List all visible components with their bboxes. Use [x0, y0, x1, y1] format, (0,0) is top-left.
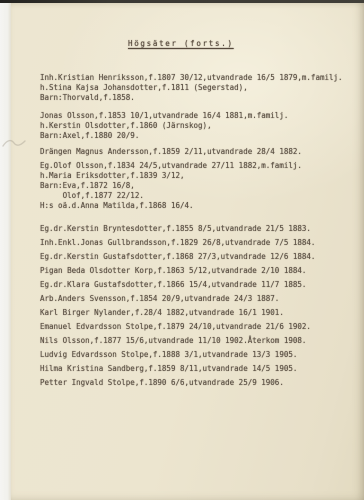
- entry-line: Barn:Eva,f.1872 16/8,: [40, 181, 364, 191]
- entry-line: Barn:Axel,f.1880 20/9.: [40, 131, 364, 141]
- entry-line: h.Kerstin Olsdotter,f.1860 (Järnskog),: [40, 121, 364, 131]
- scanned-document-page: Högsäter (forts.) Inh.Kristian Henriksso…: [0, 0, 364, 500]
- entry: Arb.Anders Svensson,f.1854 20/9,utvandra…: [40, 294, 364, 304]
- entry: Hilma Kristina Sandberg,f.1859 8/11,utva…: [40, 364, 364, 374]
- entry-line: Arb.Anders Svensson,f.1854 20/9,utvandra…: [40, 294, 364, 304]
- entry-line: H:s oä.d.Anna Matilda,f.1868 16/4.: [40, 201, 364, 211]
- entry: Eg.dr.Kerstin Gustafsdotter,f.1868 27/3,…: [40, 252, 364, 262]
- entry: Jonas Olsson,f.1853 10/1,utvandrade 16/4…: [40, 111, 364, 141]
- entry-line: Barn:Thorvald,f.1858.: [40, 93, 364, 103]
- entry-line: Eg.dr.Klara Gustafsdotter,f.1866 15/4,ut…: [40, 280, 364, 290]
- entry-line: h.Stina Kajsa Johansdotter,f.1811 (Seger…: [40, 83, 364, 93]
- entry: Eg.dr.Klara Gustafsdotter,f.1866 15/4,ut…: [40, 280, 364, 290]
- entry: Eg.Olof Olsson,f.1834 24/5,utvandrade 27…: [40, 161, 364, 211]
- entry-list: Inh.Kristian Henriksson,f.1807 30/12,utv…: [40, 73, 364, 388]
- page-title: Högsäter (forts.): [128, 39, 234, 49]
- entry-line: Eg.Olof Olsson,f.1834 24/5,utvandrade 27…: [40, 161, 364, 171]
- entry: Eg.dr.Kerstin Bryntesdotter,f.1855 8/5,u…: [40, 224, 364, 234]
- entry-line: Drängen Magnus Andersson,f.1859 2/11,utv…: [40, 147, 364, 157]
- entry: Drängen Magnus Andersson,f.1859 2/11,utv…: [40, 147, 364, 157]
- entry-line: Emanuel Edvardsson Stolpe,f.1879 24/10,u…: [40, 322, 364, 332]
- entry: Ludvig Edvardsson Stolpe,f.1888 3/1,utva…: [40, 350, 364, 360]
- entry: Karl Birger Nylander,f.28/4 1882,utvandr…: [40, 308, 364, 318]
- entry-line: Inh.Enkl.Jonas Gullbrandsson,f.1829 26/8…: [40, 238, 364, 248]
- entry: Nils Olsson,f.1877 15/6,utvandrade 11/10…: [40, 336, 364, 346]
- entry: Inh.Kristian Henriksson,f.1807 30/12,utv…: [40, 73, 364, 103]
- entry-line: Olof,f.1877 22/12.: [40, 191, 364, 201]
- entry-line: Eg.dr.Kerstin Gustafsdotter,f.1868 27/3,…: [40, 252, 364, 262]
- entry-line: Ludvig Edvardsson Stolpe,f.1888 3/1,utva…: [40, 350, 364, 360]
- entry-line: Inh.Kristian Henriksson,f.1807 30/12,utv…: [40, 73, 364, 83]
- entry-line: Eg.dr.Kerstin Bryntesdotter,f.1855 8/5,u…: [40, 224, 364, 234]
- entry: Emanuel Edvardsson Stolpe,f.1879 24/10,u…: [40, 322, 364, 332]
- entry-line: Karl Birger Nylander,f.28/4 1882,utvandr…: [40, 308, 364, 318]
- pencil-mark: [1, 135, 27, 151]
- paper: Högsäter (forts.) Inh.Kristian Henriksso…: [11, 3, 364, 500]
- entry: Inh.Enkl.Jonas Gullbrandsson,f.1829 26/8…: [40, 238, 364, 248]
- entry-line: Pigan Beda Olsdotter Korp,f.1863 5/12,ut…: [40, 266, 364, 276]
- entry-line: Petter Ingvald Stolpe,f.1890 6/6,utvandr…: [40, 378, 364, 388]
- entry-line: h.Maria Eriksdotter,f.1839 3/12,: [40, 171, 364, 181]
- entry-line: Hilma Kristina Sandberg,f.1859 8/11,utva…: [40, 364, 364, 374]
- entry-line: Jonas Olsson,f.1853 10/1,utvandrade 16/4…: [40, 111, 364, 121]
- entry: Petter Ingvald Stolpe,f.1890 6/6,utvandr…: [40, 378, 364, 388]
- scanner-left-strip: [0, 3, 11, 500]
- entry-line: Nils Olsson,f.1877 15/6,utvandrade 11/10…: [40, 336, 364, 346]
- entry: Pigan Beda Olsdotter Korp,f.1863 5/12,ut…: [40, 266, 364, 276]
